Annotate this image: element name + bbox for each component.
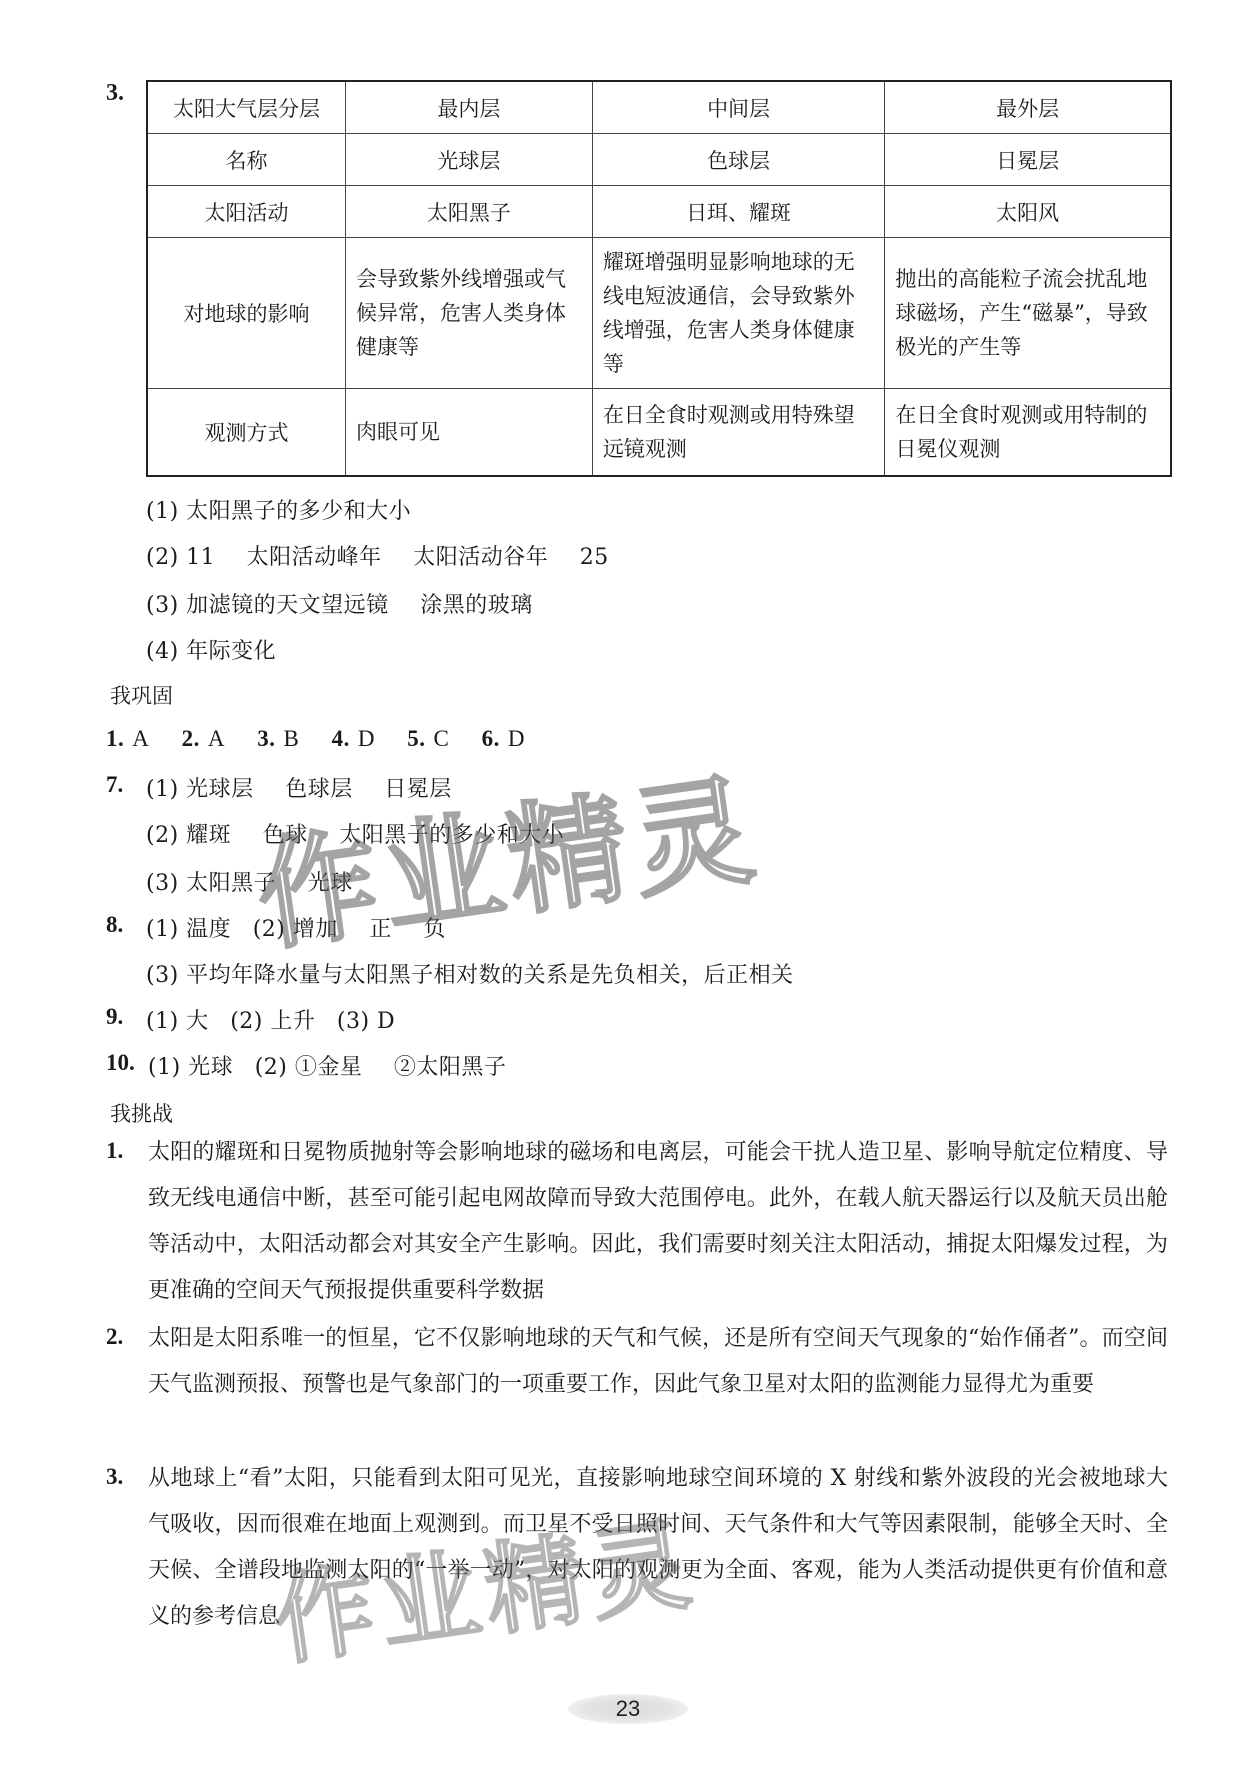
answer-line: (1) 大 (2) 上升 (3) D xyxy=(146,1004,395,1035)
question-number: 9. xyxy=(106,1004,123,1030)
answer-text: ①金星 xyxy=(295,1055,363,1080)
choice-answer: B xyxy=(284,726,300,751)
answer-text: 色球层 xyxy=(285,777,353,802)
question-number: 2. xyxy=(106,1324,123,1350)
answer-text: 平均年降水量与太阳黑子相对数的关系是先负相关，后正相关 xyxy=(186,963,794,988)
table-cell: 对地球的影响 xyxy=(147,238,346,389)
table-cell: 抛出的高能粒子流会扰乱地球磁场，产生“磁暴”，导致极光的产生等 xyxy=(885,238,1171,389)
answer-text: 加滤镜的天文望远镜 xyxy=(186,593,389,618)
table-cell: 太阳活动 xyxy=(147,186,346,238)
answer-line: (3) 太阳黑子 光球 xyxy=(146,866,353,897)
sun-atmosphere-table: 太阳大气层分层 最内层 中间层 最外层 名称 光球层 色球层 日冕层 太阳活动 … xyxy=(146,80,1172,477)
answer-text: 太阳黑子的多少和大小 xyxy=(339,823,564,848)
multiple-choice-answers: 1.A 2.A 3.B 4.D 5.C 6.D xyxy=(106,726,551,752)
table-cell: 观测方式 xyxy=(147,389,346,477)
sub-label: (1) xyxy=(146,777,179,802)
answer-line: (1) 太阳黑子的多少和大小 xyxy=(146,494,411,525)
answer-text: 太阳活动峰年 xyxy=(247,545,382,570)
question-number: 7. xyxy=(106,772,123,798)
table-row: 太阳活动 太阳黑子 日珥、耀斑 太阳风 xyxy=(147,186,1171,238)
answer-text: 增加 xyxy=(293,917,338,942)
table-row: 名称 光球层 色球层 日冕层 xyxy=(147,134,1171,186)
challenge-answer-paragraph: 太阳是太阳系唯一的恒星，它不仅影响地球的天气和气候，还是所有空间天气现象的“始作… xyxy=(148,1316,1168,1408)
question-number: 6. xyxy=(482,726,500,751)
table-cell: 耀斑增强明显影响地球的无线电短波通信，会导致紫外线增强，危害人类身体健康等 xyxy=(592,238,885,389)
answer-text: 11 xyxy=(186,545,215,570)
table-row: 对地球的影响 会导致紫外线增强或气候异常，危害人类身体健康等 耀斑增强明显影响地… xyxy=(147,238,1171,389)
answer-text: 正 xyxy=(369,917,392,942)
answer-text: 光球 xyxy=(308,871,353,896)
answer-line: (4) 年际变化 xyxy=(146,634,276,665)
sub-label: (2) xyxy=(230,1009,263,1034)
table-cell: 在日全食时观测或用特制的日冕仪观测 xyxy=(885,389,1171,477)
answer-text: 涂黑的玻璃 xyxy=(420,593,533,618)
answer-text: 日冕层 xyxy=(384,777,452,802)
answer-line: (1) 温度 (2) 增加 正 负 xyxy=(146,912,446,943)
choice-answer: D xyxy=(358,726,375,751)
question-number: 2. xyxy=(182,726,200,751)
challenge-answer-paragraph: 从地球上“看”太阳，只能看到太阳可见光，直接影响地球空间环境的 X 射线和紫外波… xyxy=(148,1456,1168,1640)
table-header-row: 太阳大气层分层 最内层 中间层 最外层 xyxy=(147,81,1171,134)
table-cell: 日冕层 xyxy=(885,134,1171,186)
page-number: 23 xyxy=(616,1696,640,1722)
table-cell: 最外层 xyxy=(885,81,1171,134)
table-cell: 太阳风 xyxy=(885,186,1171,238)
answer-text: 太阳活动谷年 xyxy=(413,545,548,570)
sub-label: (3) xyxy=(337,1009,370,1034)
sub-label: (1) xyxy=(146,1009,179,1034)
sub-label: (1) xyxy=(148,1055,181,1080)
question-number: 5. xyxy=(407,726,425,751)
sub-label: (1) xyxy=(146,499,179,524)
table-cell: 太阳黑子 xyxy=(346,186,593,238)
section-title-challenge: 我挑战 xyxy=(110,1098,173,1128)
sub-label: (3) xyxy=(146,871,179,896)
sub-label: (2) xyxy=(146,823,179,848)
answer-text: 耀斑 xyxy=(186,823,231,848)
sub-label: (4) xyxy=(146,639,179,664)
choice-answer: D xyxy=(508,726,525,751)
question-number: 8. xyxy=(106,912,123,938)
question-number: 1. xyxy=(106,1138,123,1164)
answer-text: 25 xyxy=(580,545,609,570)
sub-label: (2) xyxy=(255,1055,288,1080)
answer-text: 上升 xyxy=(270,1009,315,1034)
answer-text: 年际变化 xyxy=(186,639,276,664)
answer-line: (3) 加滤镜的天文望远镜 涂黑的玻璃 xyxy=(146,588,533,619)
answer-line: (2) 11 太阳活动峰年 太阳活动谷年 25 xyxy=(146,540,609,571)
question-number: 3. xyxy=(106,1464,123,1490)
answer-line: (1) 光球层 色球层 日冕层 xyxy=(146,772,452,803)
answer-text: 色球 xyxy=(263,823,308,848)
question-number: 3. xyxy=(106,80,124,107)
sub-label: (3) xyxy=(146,593,179,618)
question-number: 3. xyxy=(257,726,275,751)
answer-text: 太阳黑子的多少和大小 xyxy=(186,499,411,524)
sub-label: (2) xyxy=(253,917,286,942)
answer-line: (1) 光球 (2) ①金星 ②太阳黑子 xyxy=(148,1050,506,1081)
table-cell: 日珥、耀斑 xyxy=(592,186,885,238)
question-number: 1. xyxy=(106,726,124,751)
table-cell: 色球层 xyxy=(592,134,885,186)
answer-text: 大 xyxy=(186,1009,209,1034)
section-title-consolidate: 我巩固 xyxy=(110,680,173,710)
choice-answer: A xyxy=(208,726,225,751)
sub-label: (2) xyxy=(146,545,179,570)
answer-text: 太阳黑子 xyxy=(186,871,276,896)
table-cell: 光球层 xyxy=(346,134,593,186)
table-cell: 名称 xyxy=(147,134,346,186)
table-cell: 在日全食时观测或用特殊望远镜观测 xyxy=(592,389,885,477)
table-cell: 肉眼可见 xyxy=(346,389,593,477)
table-cell: 中间层 xyxy=(592,81,885,134)
answer-line: (3) 平均年降水量与太阳黑子相对数的关系是先负相关，后正相关 xyxy=(146,958,794,989)
answer-page: 3. 太阳大气层分层 最内层 中间层 最外层 名称 光球层 色球层 日冕层 太阳… xyxy=(0,0,1250,1779)
answer-text: 光球 xyxy=(188,1055,233,1080)
table-row: 观测方式 肉眼可见 在日全食时观测或用特殊望远镜观测 在日全食时观测或用特制的日… xyxy=(147,389,1171,477)
page-number-badge: 23 xyxy=(568,1694,688,1724)
choice-answer: C xyxy=(433,726,449,751)
answer-text: 负 xyxy=(423,917,446,942)
answer-text: 光球层 xyxy=(186,777,254,802)
sub-label: (3) xyxy=(146,963,179,988)
table-cell: 最内层 xyxy=(346,81,593,134)
answer-line: (2) 耀斑 色球 太阳黑子的多少和大小 xyxy=(146,818,564,849)
challenge-answer-paragraph: 太阳的耀斑和日冕物质抛射等会影响地球的磁场和电离层，可能会干扰人造卫星、影响导航… xyxy=(148,1130,1168,1314)
choice-answer: A xyxy=(132,726,149,751)
question-number: 10. xyxy=(106,1050,135,1076)
question-number: 4. xyxy=(332,726,350,751)
sub-label: (1) xyxy=(146,917,179,942)
table-cell: 太阳大气层分层 xyxy=(147,81,346,134)
answer-text: D xyxy=(377,1009,395,1034)
answer-text: 温度 xyxy=(186,917,231,942)
answer-text: ②太阳黑子 xyxy=(394,1055,507,1080)
table-cell: 会导致紫外线增强或气候异常，危害人类身体健康等 xyxy=(346,238,593,389)
